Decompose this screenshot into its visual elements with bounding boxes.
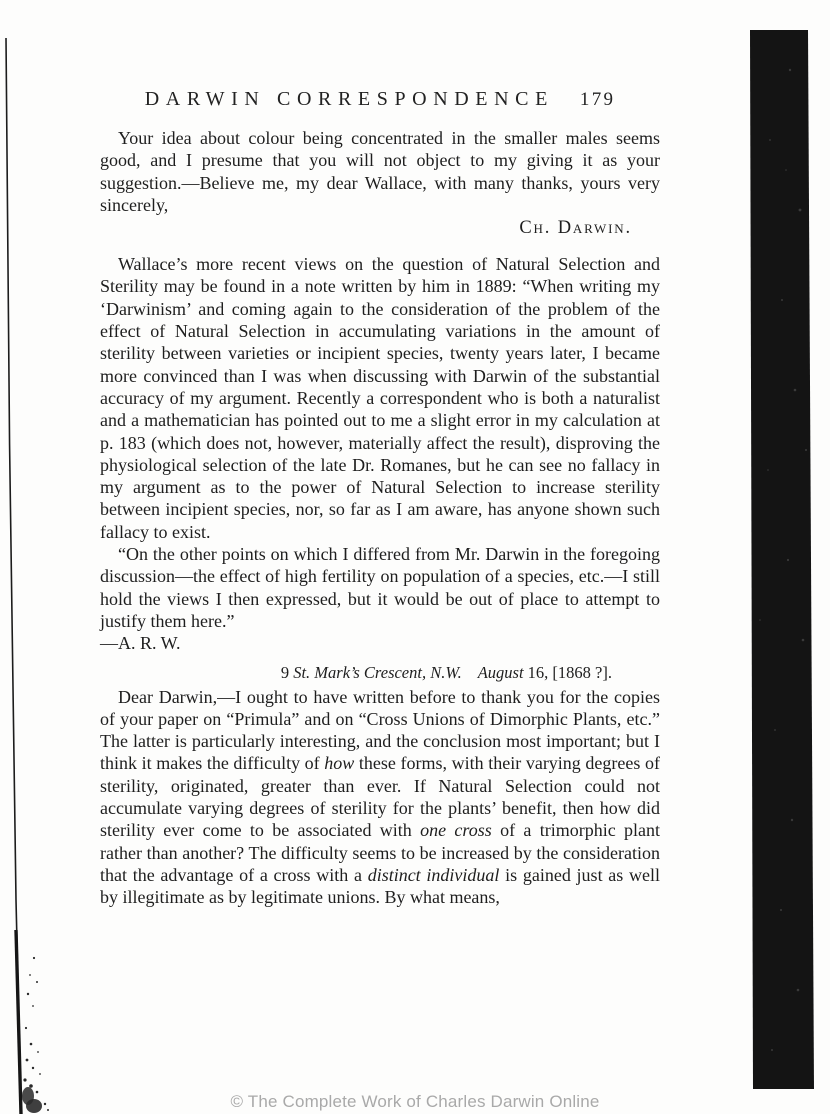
text-run: how [324,753,354,773]
text-run: August [478,663,524,682]
scan-artifact-speckles [22,957,49,1113]
running-head-title: DARWIN CORRESPONDENCE [145,88,554,110]
text-run: 16, [1868 ?]. [524,663,612,682]
text-run: one cross [420,820,492,840]
letter-dateline: 9 St. Mark’s Crescent, N.W.August 16, [1… [100,662,660,684]
scan-artifact-bar-noise [759,69,807,1051]
dateline-address: 9 St. Mark’s Crescent, N.W. [281,663,462,682]
text-run: distinct individual [368,865,500,885]
page-text-column: DARWIN CORRESPONDENCE179 Your idea about… [100,88,660,909]
copyright-watermark: © The Complete Work of Charles Darwin On… [0,1092,830,1112]
text-run: St. Mark’s Crescent, N.W. [293,663,462,682]
scan-artifact-left-line-thick [16,930,21,1114]
scan-artifact-left-line [6,38,21,1114]
scan-artifact-binding-bar [750,30,814,1089]
letter-to-wallace-body: Your idea about colour being concentrate… [100,127,660,216]
page-number: 179 [580,89,615,110]
scanned-book-page: DARWIN CORRESPONDENCE179 Your idea about… [0,0,830,1114]
letter-signature: Ch. Darwin. [100,216,660,240]
text-run: 9 [281,663,293,682]
dateline-date: August 16, [1868 ?]. [478,663,612,682]
letter-from-wallace-body: Dear Darwin,—I ought to have written bef… [100,686,660,909]
note-attribution: —A. R. W. [100,632,660,654]
running-head: DARWIN CORRESPONDENCE179 [100,88,660,111]
editorial-note-paragraph-1: Wallace’s more recent views on the quest… [100,253,660,543]
editorial-note-paragraph-2: “On the other points on which I differed… [100,543,660,632]
